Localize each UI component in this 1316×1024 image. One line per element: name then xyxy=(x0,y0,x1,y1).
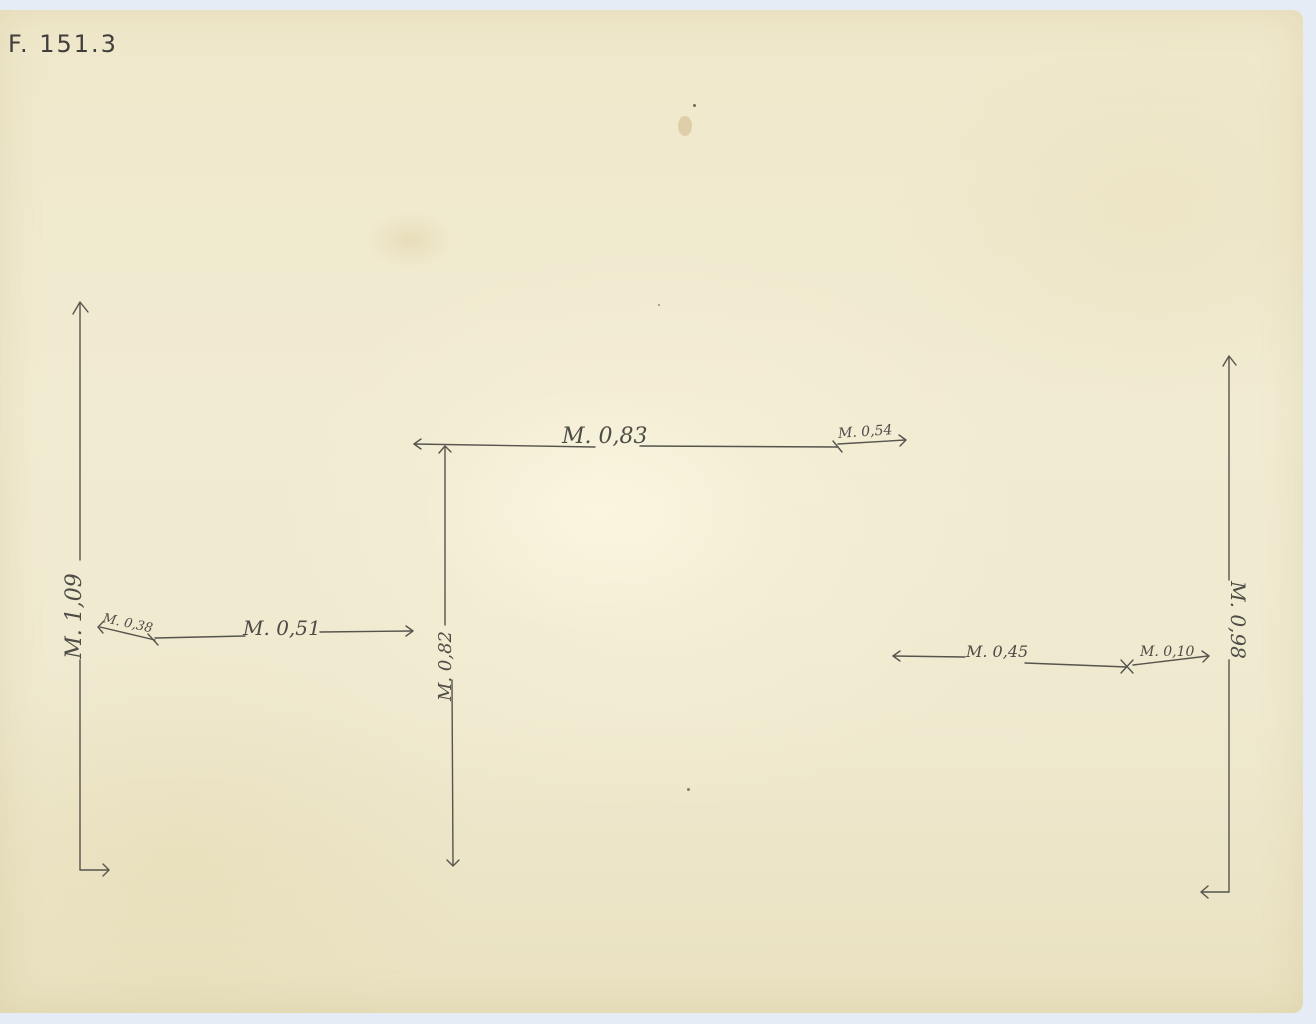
scanned-page: F. 151.3 xyxy=(0,0,1316,1024)
dimension-label-left-horizontal: M. 0,51 xyxy=(243,618,321,638)
dimension-label-right-vertical: M. 0,98 xyxy=(1224,577,1248,663)
dimension-label-center-vertical: M. 0,82 xyxy=(437,618,459,714)
dimension-label-center-top: M. 0,83 xyxy=(562,426,648,448)
dimension-label-left-vertical: M. 1,09 xyxy=(64,561,90,671)
dimension-label-center-top-short: M. 0,54 xyxy=(838,423,893,441)
dimension-lines xyxy=(0,0,1316,1024)
dimension-label-right-short: M. 0,10 xyxy=(1140,645,1194,659)
dimension-label-right-horizontal: M. 0,45 xyxy=(966,644,1028,660)
